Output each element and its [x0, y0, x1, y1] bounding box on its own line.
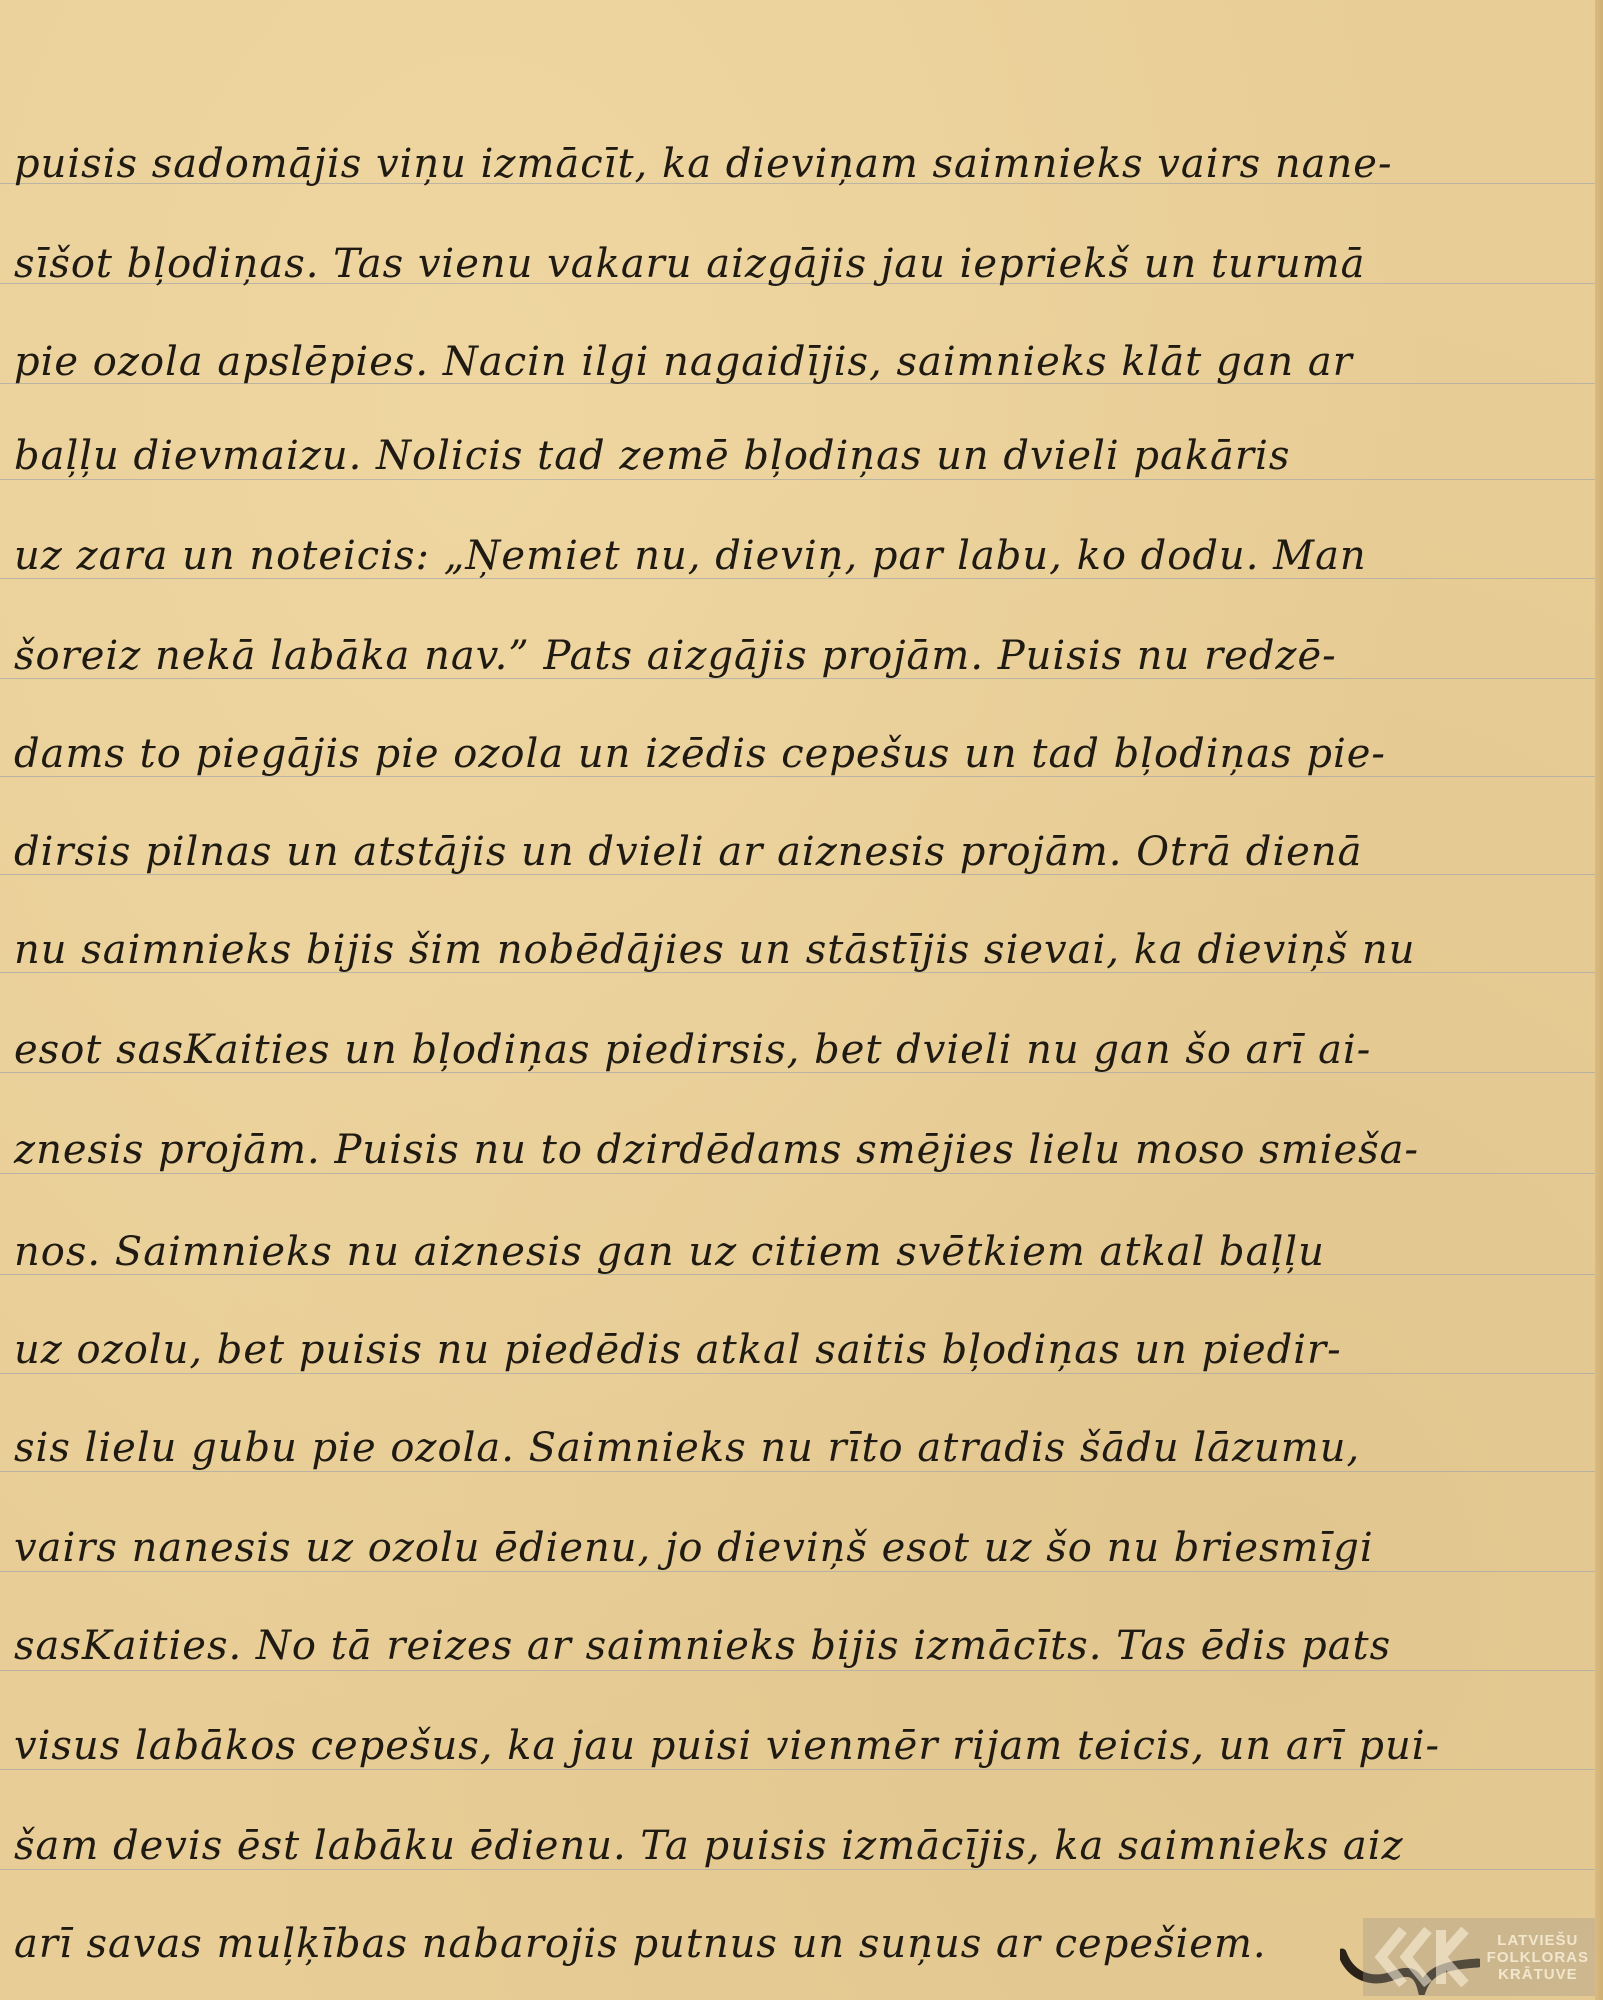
handwritten-line-5: uz zara un noteicis: „Ņemiet nu, dieviņ,…: [14, 532, 1589, 580]
watermark-line-2: FOLKLORAS: [1487, 1949, 1589, 1966]
lfk-logo-icon: [1373, 1926, 1473, 1988]
handwritten-line-6: šoreiz nekā labāka nav.” Pats aizgājis p…: [14, 632, 1589, 680]
handwritten-line-19: arī savas muļķības nabarojis putnus un s…: [14, 1920, 1314, 1968]
watermark-line-3: KRĀTUVE: [1487, 1966, 1589, 1983]
handwritten-line-4: baļļu dievmaizu. Nolicis tad zemē bļodiņ…: [14, 432, 1589, 480]
watermark-text: LATVIEŠU FOLKLORAS KRĀTUVE: [1487, 1932, 1589, 1983]
handwritten-line-15: vairs nanesis uz ozolu ēdienu, jo dieviņ…: [14, 1524, 1589, 1572]
handwritten-line-14: sis lielu gubu pie ozola. Saimnieks nu r…: [14, 1424, 1589, 1472]
manuscript-page: puisis sadomājis viņu izmācīt, ka dieviņ…: [0, 0, 1603, 2000]
handwritten-line-2: sīšot bļodiņas. Tas vienu vakaru aizgāji…: [14, 240, 1589, 288]
handwritten-line-10: esot sasKaities un bļodiņas piedirsis, b…: [14, 1026, 1589, 1074]
handwritten-line-9: nu saimnieks bijis šim nobēdājies un stā…: [14, 926, 1589, 974]
archive-watermark: LATVIEŠU FOLKLORAS KRĀTUVE: [1363, 1918, 1595, 1996]
watermark-line-1: LATVIEŠU: [1487, 1932, 1589, 1949]
handwritten-line-12: nos. Saimnieks nu aiznesis gan uz citiem…: [14, 1228, 1589, 1276]
handwritten-line-1: puisis sadomājis viņu izmācīt, ka dieviņ…: [14, 140, 1589, 188]
handwritten-line-8: dirsis pilnas un atstājis un dvieli ar a…: [14, 828, 1589, 876]
handwritten-line-18: šam devis ēst labāku ēdienu. Ta puisis i…: [14, 1822, 1589, 1870]
handwritten-line-17: visus labākos cepešus, ka jau puisi vien…: [14, 1722, 1589, 1770]
handwritten-line-16: sasKaities. No tā reizes ar saimnieks bi…: [14, 1622, 1589, 1670]
handwritten-line-11: znesis projām. Puisis nu to dzirdēdams s…: [14, 1126, 1589, 1174]
handwritten-line-3: pie ozola apslēpies. Nacin ilgi nagaidīj…: [14, 338, 1589, 386]
ruled-line: [0, 1670, 1595, 1671]
handwritten-line-7: dams to piegājis pie ozola un izēdis cep…: [14, 730, 1589, 778]
page-edge: [1595, 0, 1603, 2000]
handwritten-line-13: uz ozolu, bet puisis nu piedēdis atkal s…: [14, 1326, 1589, 1374]
